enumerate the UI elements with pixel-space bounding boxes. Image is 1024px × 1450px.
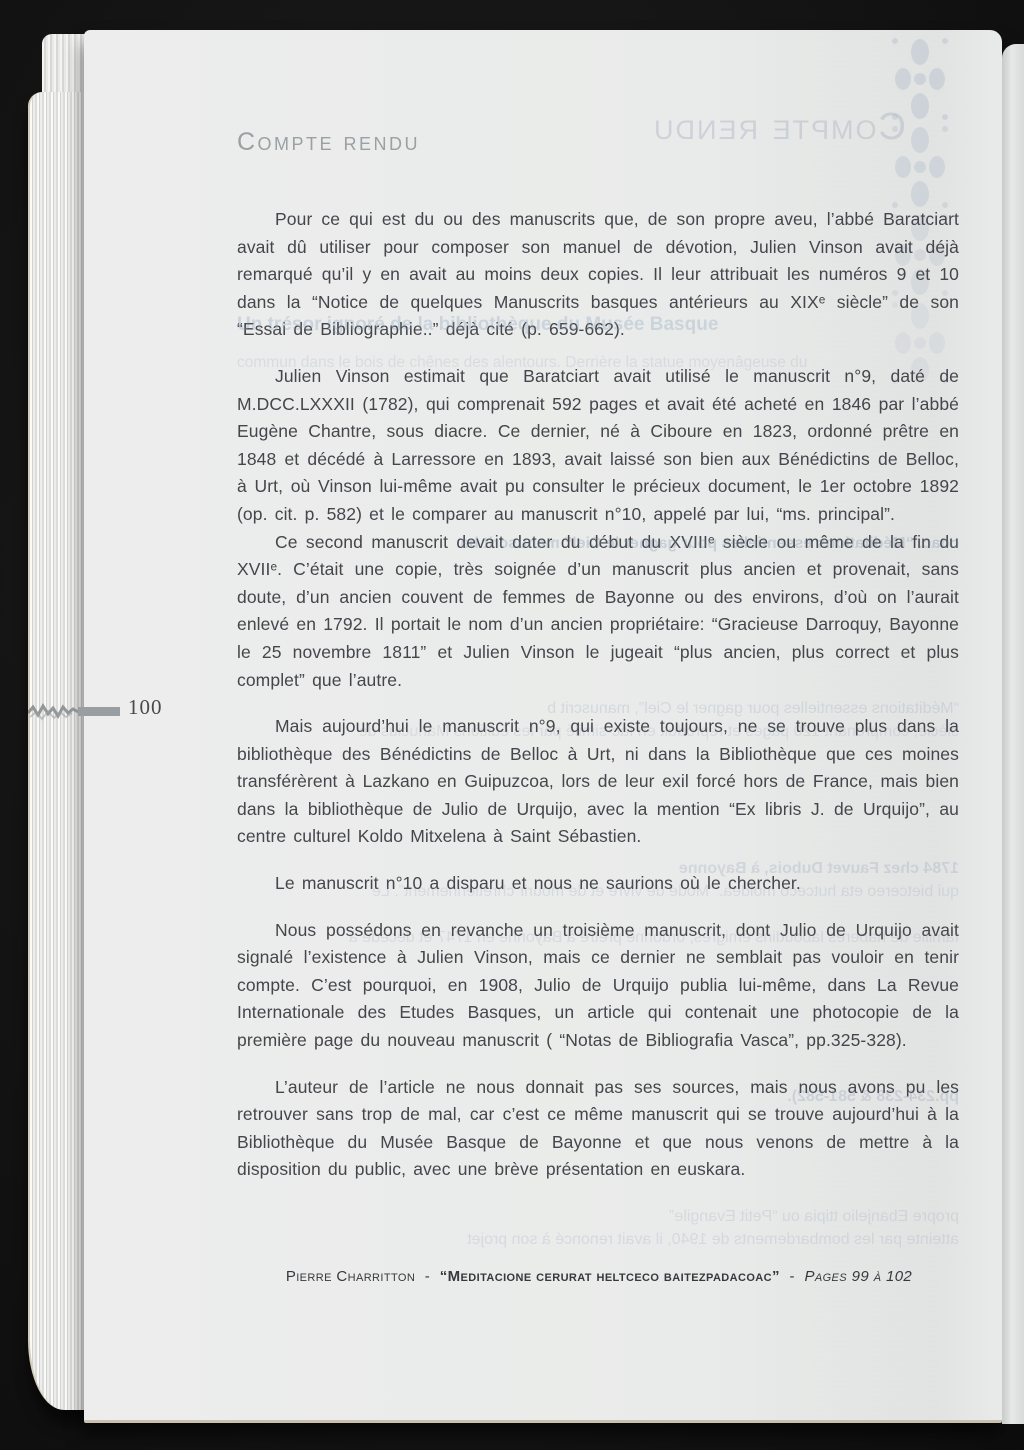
facing-page-edge — [1002, 44, 1024, 1424]
ghost-text-line: pp.234-238 & 581-582). — [237, 1086, 959, 1108]
ghost-text-line: siècle, comprenant 120 pages et reprodui… — [237, 721, 959, 743]
paragraph: Julien Vinson estimait que Baratciart av… — [237, 363, 959, 529]
scanner-background: Compte rendu Compte rendu Pour ce qui es… — [0, 0, 1024, 1450]
page-number-block: 100 — [28, 694, 208, 728]
section-header: Compte rendu — [237, 128, 420, 157]
page-number: 100 — [128, 695, 163, 720]
ghost-text-line: famille de haberes laboudins émigrés, or… — [237, 927, 959, 949]
ghost-text-line: 1784 chez Fauvet Dubois, à Bayonne — [237, 858, 959, 880]
ghost-text-line: propre Ebanjelio ttipia ou “Petit Evangi… — [237, 1206, 959, 1228]
footer-article-title: “Meditacione cerurat heltceco baitezpada… — [440, 1268, 780, 1285]
ghost-text-line: commun dans le bois de chênes des alento… — [237, 352, 959, 374]
ghost-text-line: Un trésor ignoré de la bibliothèque du M… — [237, 314, 959, 336]
footer-author: Pierre Charritton — [286, 1268, 415, 1285]
footer-line: Pierre Charritton - “Meditacione cerurat… — [199, 1268, 999, 1285]
ghost-text-line: atteinte par les bombardements de 1940, … — [237, 1229, 959, 1251]
page-stack-fore-edge — [28, 92, 90, 1410]
margin-scribble-mark — [28, 696, 128, 726]
footer-separator: - — [789, 1268, 794, 1285]
footer-page-range: Pages 99 à 102 — [804, 1268, 912, 1285]
ghost-header-mirrored: Compte rendu — [600, 106, 906, 149]
ghost-text-line: “Méditations essentielles pour gagner le… — [237, 698, 959, 720]
footer-separator: - — [425, 1268, 430, 1285]
ghost-text-line: qui bietcereo eta hutceco moldea. “Mode … — [237, 881, 959, 903]
ghost-text-line: coac. “Méditations essentielles pour gag… — [237, 533, 959, 555]
book-page: Compte rendu Compte rendu Pour ce qui es… — [84, 30, 1002, 1423]
